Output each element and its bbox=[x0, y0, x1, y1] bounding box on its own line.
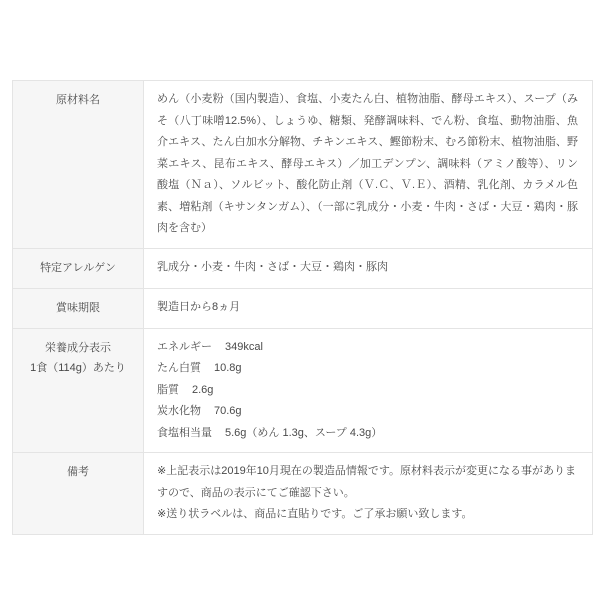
table-row-notes: 備考 ※上記表示は2019年10月現在の製造品情報です。原材料表示が変更になる事… bbox=[13, 453, 592, 534]
nutrition-facts: エネルギー349kcal たん白質10.8g 脂質2.6g 炭水化物70.6g … bbox=[144, 329, 592, 453]
ingredients-label: 原材料名 bbox=[13, 81, 144, 248]
shelf-life-label: 賞味期限 bbox=[13, 289, 144, 328]
table-row-allergens: 特定アレルゲン 乳成分・小麦・牛肉・さば・大豆・鶏肉・豚肉 bbox=[13, 249, 592, 289]
nutrition-item-energy: エネルギー349kcal bbox=[157, 337, 578, 359]
nutrition-label-line2: 1食（114g）あたり bbox=[17, 358, 139, 378]
nutrition-item-salt: 食塩相当量5.6g（めん 1.3g、スープ 4.3g） bbox=[157, 423, 578, 445]
nutrition-item-carbohydrate: 炭水化物70.6g bbox=[157, 401, 578, 423]
nutrition-item-fat: 脂質2.6g bbox=[157, 380, 578, 402]
nutrition-item-protein: たん白質10.8g bbox=[157, 358, 578, 380]
table-row-ingredients: 原材料名 めん（小麦粉（国内製造）、食塩、小麦たん白、植物油脂、酵母エキス）、ス… bbox=[13, 81, 592, 249]
product-description-page: 原材料名 めん（小麦粉（国内製造）、食塩、小麦たん白、植物油脂、酵母エキス）、ス… bbox=[0, 0, 600, 600]
allergens-label: 特定アレルゲン bbox=[13, 249, 144, 288]
table-row-shelf-life: 賞味期限 製造日から8ヵ月 bbox=[13, 289, 592, 329]
nutrition-label: 栄養成分表示 1食（114g）あたり bbox=[13, 329, 144, 453]
product-info-table: 原材料名 めん（小麦粉（国内製造）、食塩、小麦たん白、植物油脂、酵母エキス）、ス… bbox=[12, 80, 593, 535]
notes-label: 備考 bbox=[13, 453, 144, 534]
ingredients-text: めん（小麦粉（国内製造）、食塩、小麦たん白、植物油脂、酵母エキス）、スープ（みそ… bbox=[144, 81, 592, 248]
note-line-1: ※上記表示は2019年10月現在の製造品情報です。原材料表示が変更になる事があり… bbox=[157, 461, 578, 504]
note-line-2: ※送り状ラベルは、商品に直貼りです。ご了承お願い致します。 bbox=[157, 504, 578, 526]
shelf-life-text: 製造日から8ヵ月 bbox=[144, 289, 592, 328]
allergens-text: 乳成分・小麦・牛肉・さば・大豆・鶏肉・豚肉 bbox=[144, 249, 592, 288]
notes-text: ※上記表示は2019年10月現在の製造品情報です。原材料表示が変更になる事があり… bbox=[144, 453, 592, 534]
nutrition-label-line1: 栄養成分表示 bbox=[17, 338, 139, 358]
table-row-nutrition: 栄養成分表示 1食（114g）あたり エネルギー349kcal たん白質10.8… bbox=[13, 329, 592, 454]
